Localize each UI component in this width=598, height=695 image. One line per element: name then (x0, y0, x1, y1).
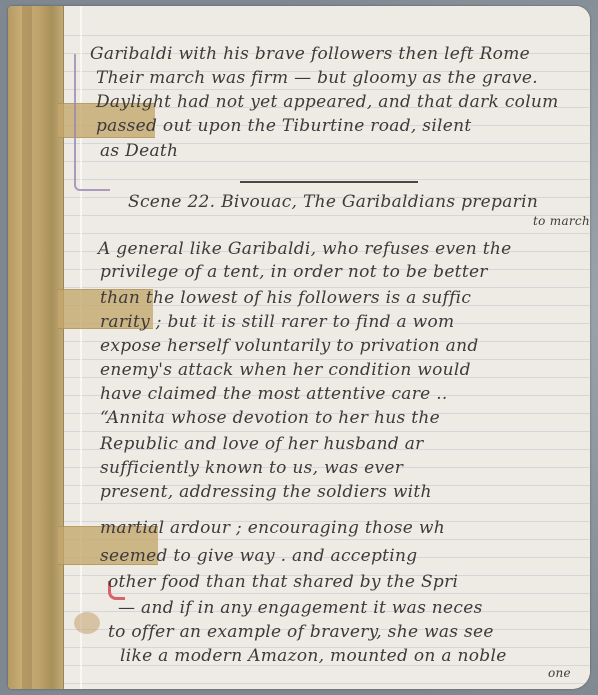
manuscript-line: as Death (100, 141, 178, 161)
manuscript-line: seemed to give way . and accepting (100, 546, 417, 566)
manuscript-line: — and if in any engagement it was neces (118, 598, 483, 618)
manuscript-line: like a modern Amazon, mounted on a noble (120, 646, 507, 666)
manuscript-line: present, addressing the soldiers with (100, 482, 432, 502)
scene-heading: Scene 22. Bivouac, The Garibaldians prep… (128, 192, 538, 212)
scene-heading-continuation: to march (533, 214, 590, 228)
manuscript-line: Republic and love of her husband ar (100, 434, 424, 454)
manuscript-line: than the lowest of his followers is a su… (100, 288, 471, 308)
manuscript-line: expose herself voluntarily to privation … (100, 336, 479, 356)
manuscript-line: privilege of a tent, in order not to be … (100, 262, 488, 282)
manuscript-line: passed out upon the Tiburtine road, sile… (96, 116, 472, 136)
manuscript-line: rarity ; but it is still rarer to find a… (100, 312, 454, 332)
manuscript-line: one (548, 666, 571, 680)
tape-binding-spine (8, 6, 64, 689)
manuscript-line: sufficiently known to us, was ever (100, 458, 403, 478)
paper-stain (74, 612, 100, 634)
manuscript-line: A general like Garibaldi, who refuses ev… (98, 239, 511, 259)
manuscript-line: Daylight had not yet appeared, and that … (96, 92, 559, 112)
manuscript-line: martial ardour ; encouraging those wh (100, 518, 445, 538)
manuscript-page: Garibaldi with his brave followers then … (8, 6, 590, 689)
section-divider-rule (240, 181, 418, 183)
manuscript-line: other food than that shared by the Spri (108, 572, 458, 592)
manuscript-line: “Annita whose devotion to her hus the (100, 408, 440, 428)
manuscript-line: enemy's attack when her condition would (100, 360, 471, 380)
manuscript-line: Garibaldi with his brave followers then … (90, 44, 530, 64)
manuscript-line: Their march was firm — but gloomy as the… (96, 68, 538, 88)
manuscript-line: to offer an example of bravery, she was … (108, 622, 494, 642)
manuscript-line: have claimed the most attentive care .. (100, 384, 448, 404)
